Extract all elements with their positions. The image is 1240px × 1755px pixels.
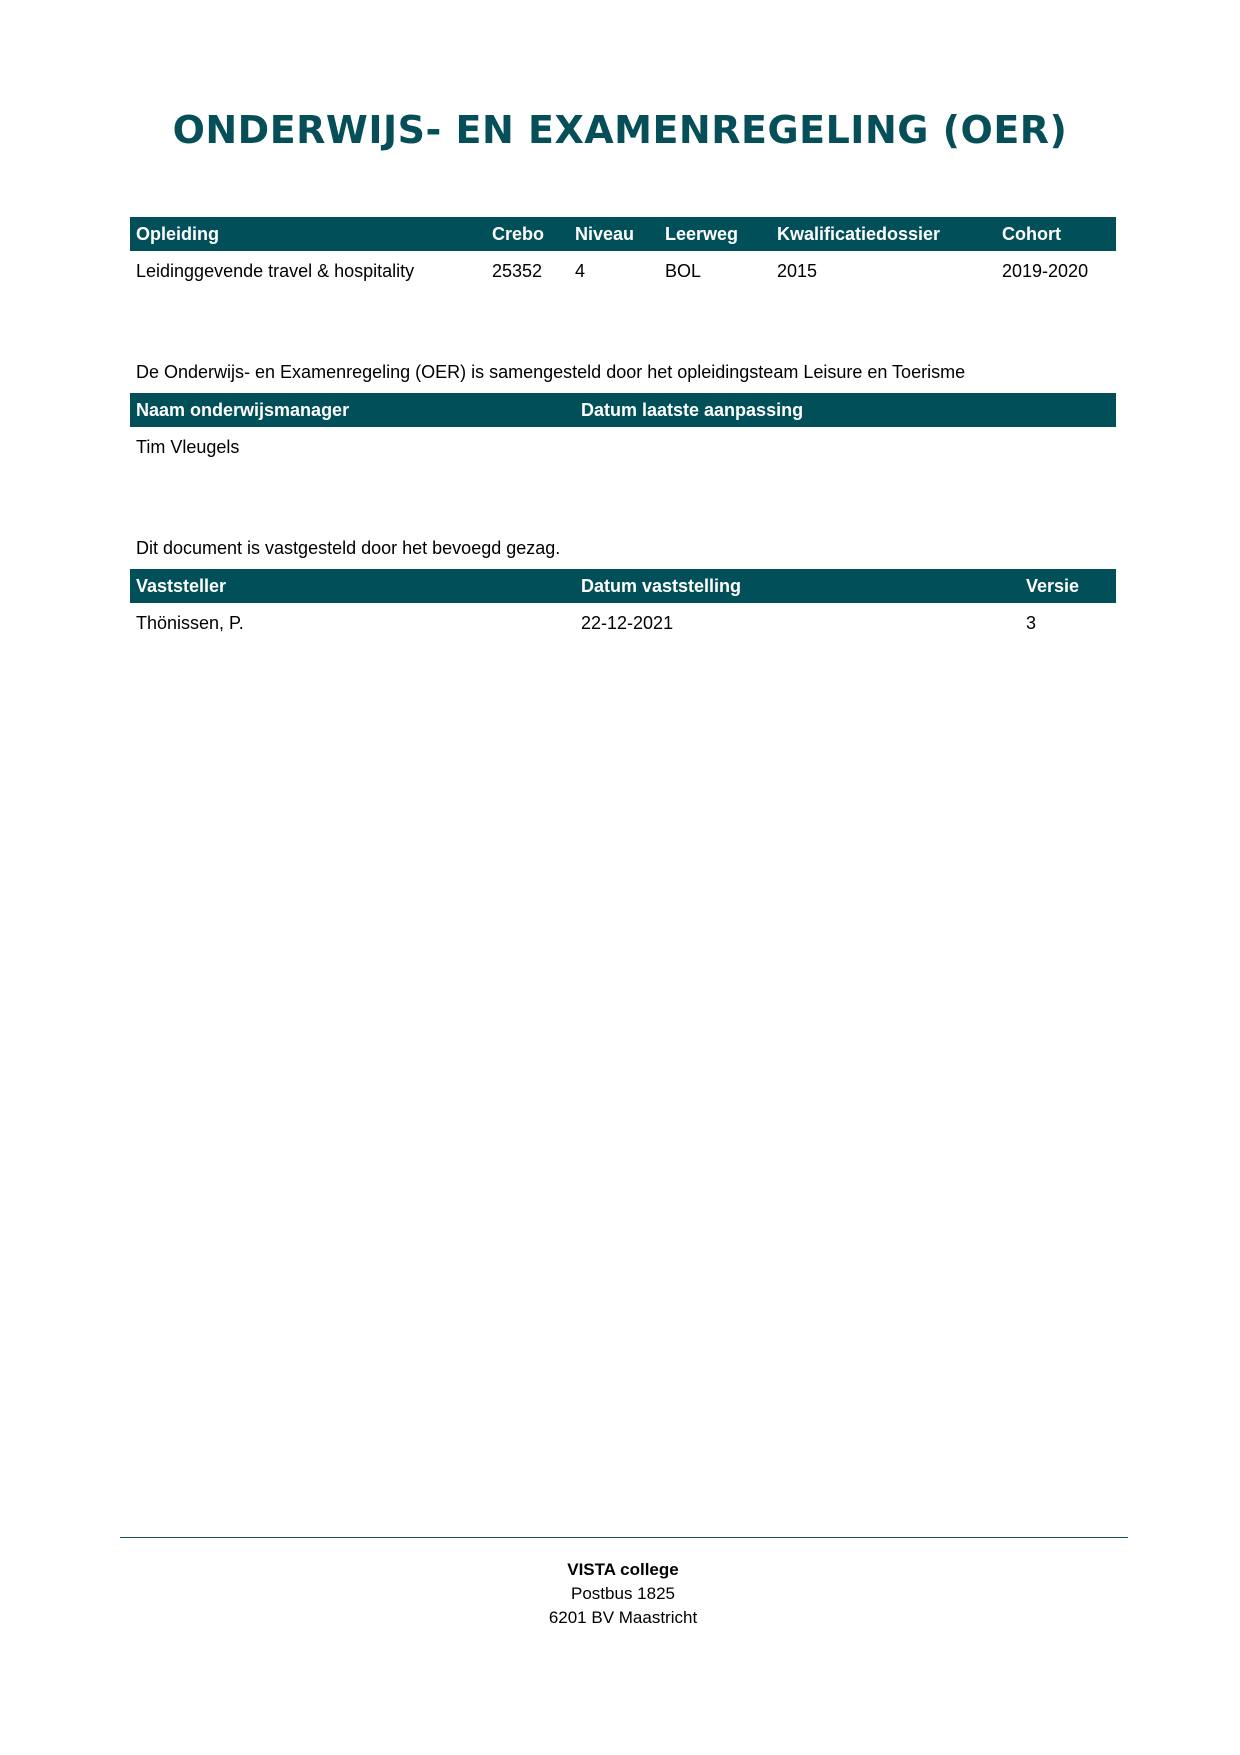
table-row: Thönissen, P. 22-12-2021 3 <box>130 603 1116 643</box>
manager-table: Naam onderwijsmanager Datum laatste aanp… <box>130 393 1116 467</box>
vastgesteld-statement: Dit document is vastgesteld door het bev… <box>136 538 560 559</box>
cell-manager-name: Tim Vleugels <box>130 427 575 467</box>
column-header-datum-laatste-aanpassing: Datum laatste aanpassing <box>575 393 1116 427</box>
vaststelling-table: Vaststeller Datum vaststelling Versie Th… <box>130 569 1116 643</box>
column-header-opleiding: Opleiding <box>130 217 486 251</box>
column-header-naam-onderwijsmanager: Naam onderwijsmanager <box>130 393 575 427</box>
table-header-row: Opleiding Crebo Niveau Leerweg Kwalifica… <box>130 217 1116 251</box>
cell-crebo: 25352 <box>486 251 569 291</box>
cell-vaststeller: Thönissen, P. <box>130 603 575 643</box>
cell-datum-aanpassing <box>575 427 1116 467</box>
team-statement: De Onderwijs- en Examenregeling (OER) is… <box>136 362 965 383</box>
opleiding-table: Opleiding Crebo Niveau Leerweg Kwalifica… <box>130 217 1116 291</box>
table-header-row: Naam onderwijsmanager Datum laatste aanp… <box>130 393 1116 427</box>
cell-datum-vaststelling: 22-12-2021 <box>575 603 1020 643</box>
footer-divider <box>120 1537 1128 1538</box>
column-header-niveau: Niveau <box>569 217 659 251</box>
footer-address-line2: 6201 BV Maastricht <box>0 1606 1240 1630</box>
table-row: Leidinggevende travel & hospitality 2535… <box>130 251 1116 291</box>
footer-address-line1: Postbus 1825 <box>0 1582 1240 1606</box>
cell-niveau: 4 <box>569 251 659 291</box>
cell-versie: 3 <box>1020 603 1116 643</box>
column-header-vaststeller: Vaststeller <box>130 569 575 603</box>
column-header-cohort: Cohort <box>996 217 1116 251</box>
page-title: ONDERWIJS- EN EXAMENREGELING (OER) <box>0 108 1240 152</box>
footer-organization: VISTA college <box>0 1558 1240 1582</box>
column-header-kwalificatiedossier: Kwalificatiedossier <box>771 217 996 251</box>
column-header-crebo: Crebo <box>486 217 569 251</box>
table-row: Tim Vleugels <box>130 427 1116 467</box>
cell-opleiding: Leidinggevende travel & hospitality <box>130 251 486 291</box>
footer: VISTA college Postbus 1825 6201 BV Maast… <box>0 1558 1240 1630</box>
table-header-row: Vaststeller Datum vaststelling Versie <box>130 569 1116 603</box>
cell-kwalificatiedossier: 2015 <box>771 251 996 291</box>
cell-leerweg: BOL <box>659 251 771 291</box>
column-header-versie: Versie <box>1020 569 1116 603</box>
column-header-datum-vaststelling: Datum vaststelling <box>575 569 1020 603</box>
cell-cohort: 2019-2020 <box>996 251 1116 291</box>
column-header-leerweg: Leerweg <box>659 217 771 251</box>
